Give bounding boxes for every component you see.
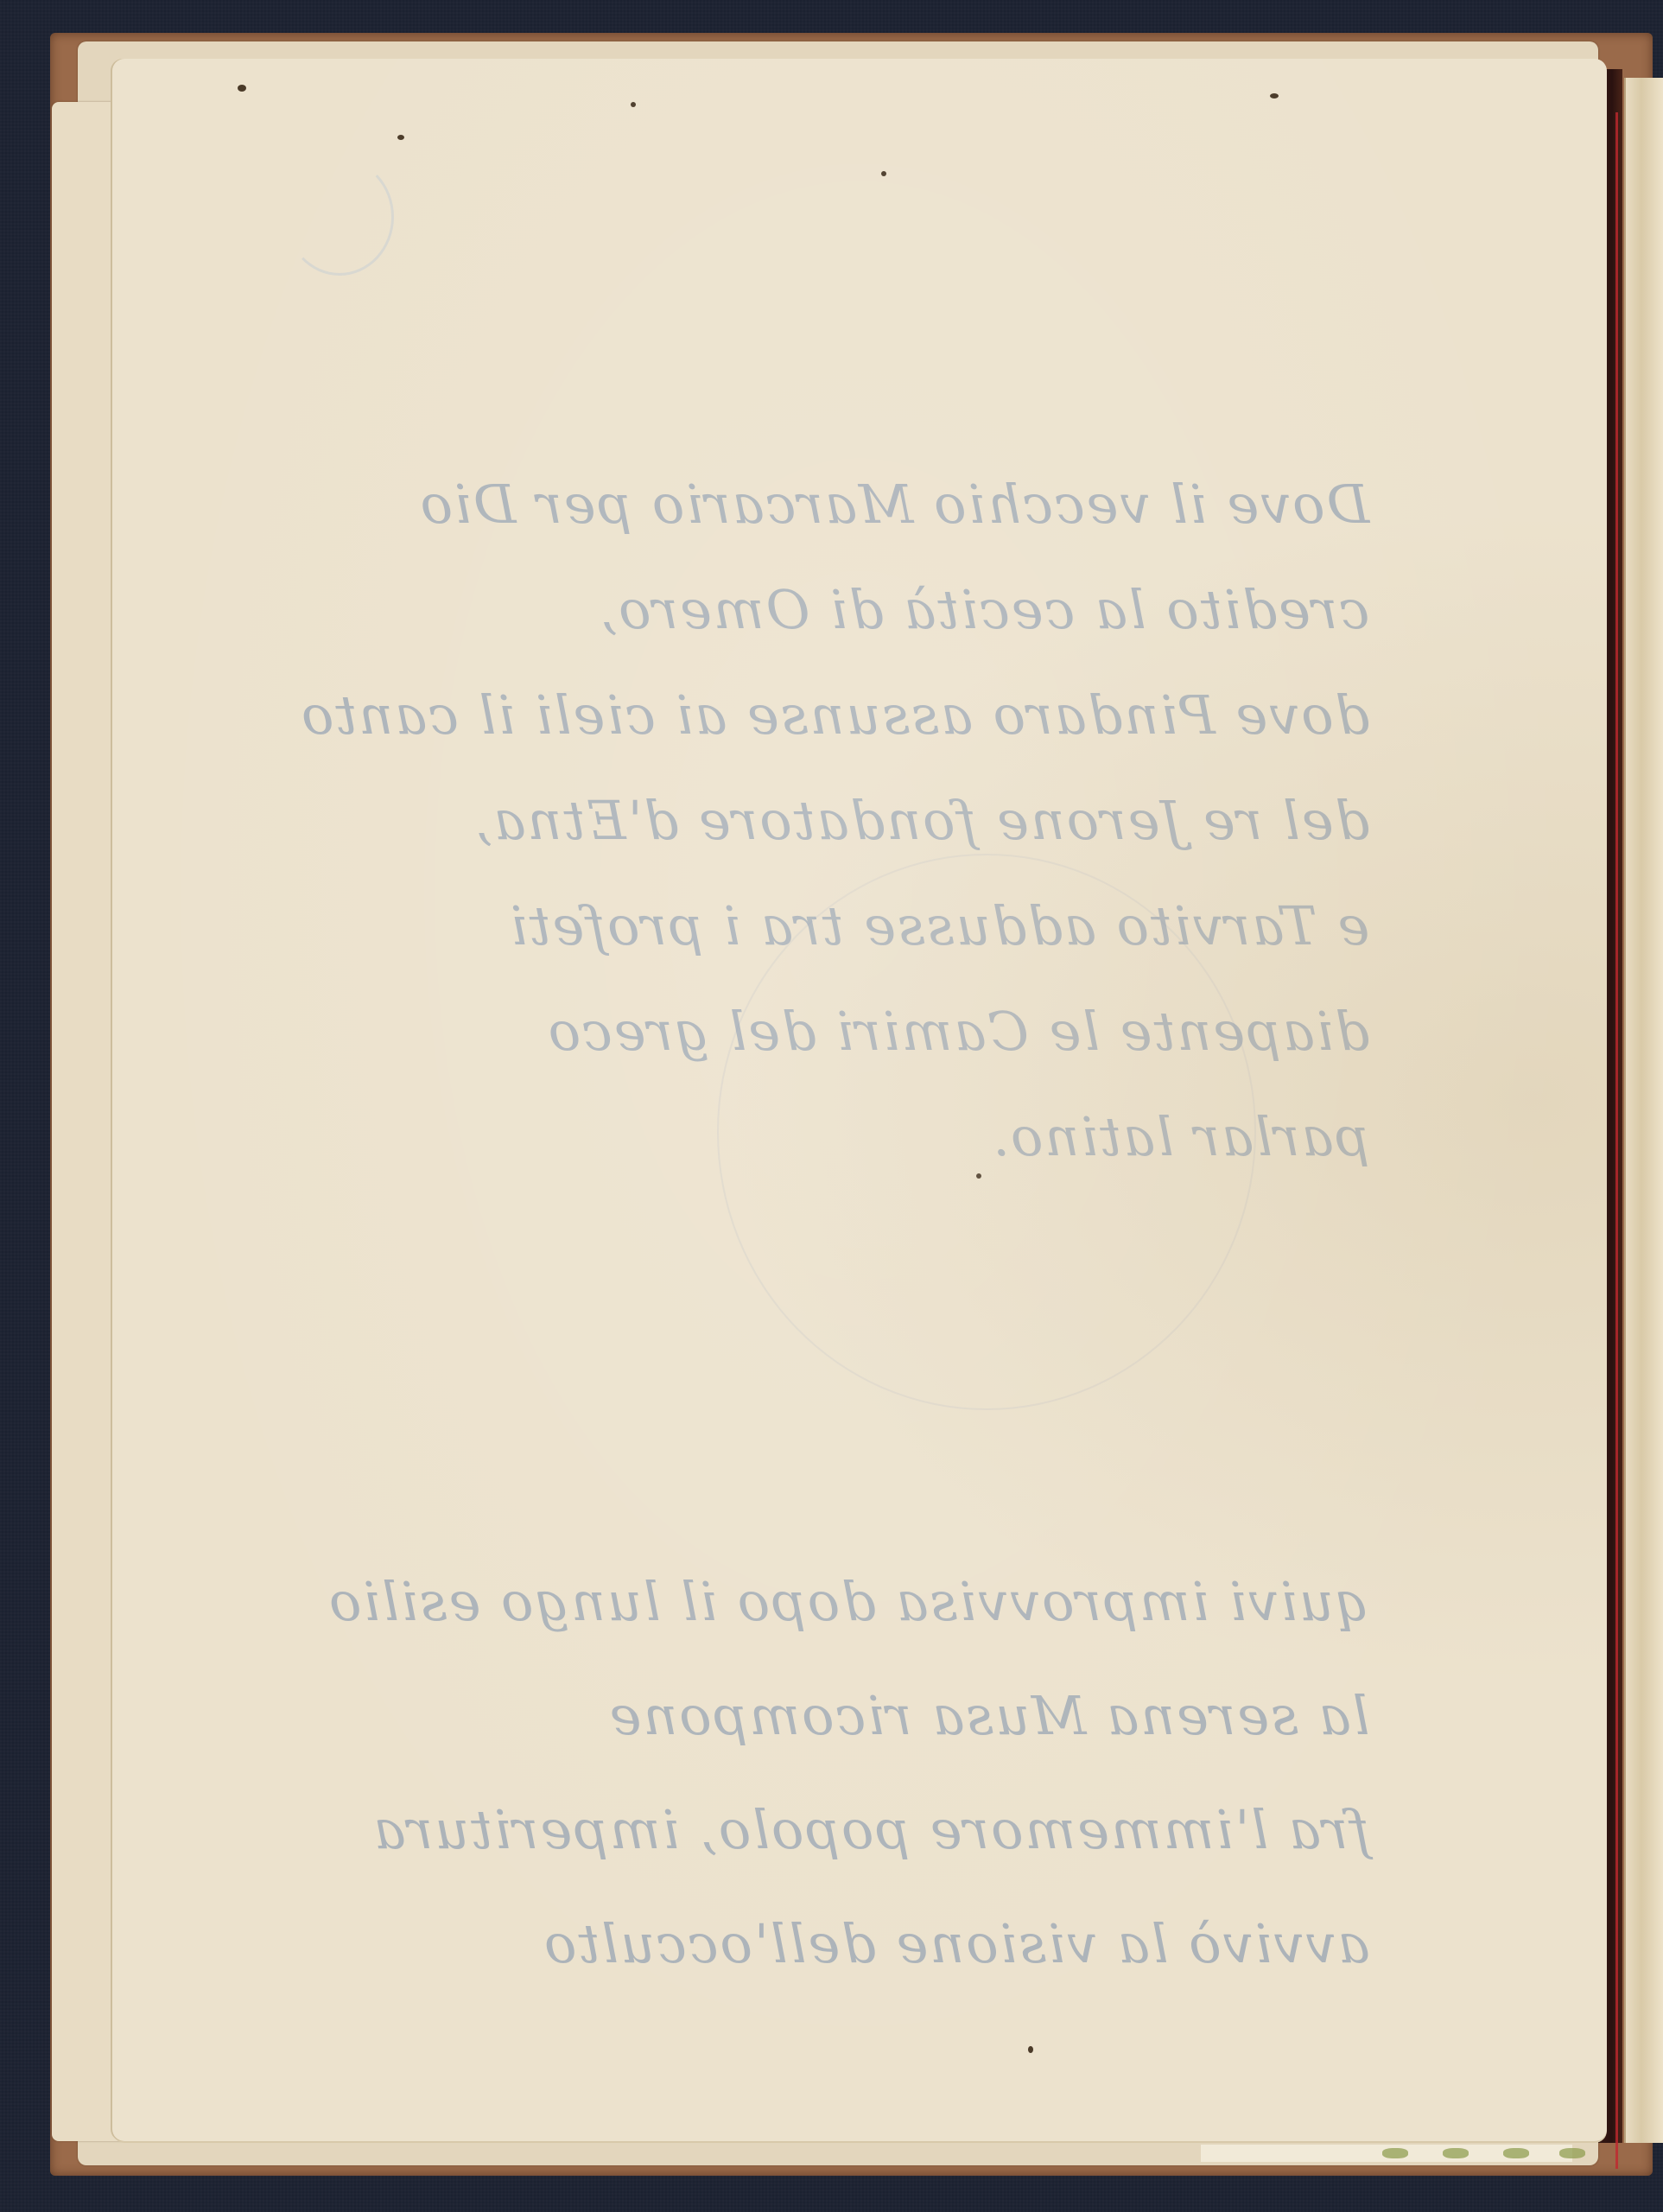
paper-speck xyxy=(631,102,636,107)
paper-speck xyxy=(238,85,246,92)
endpaper-pattern-mark xyxy=(1559,2148,1585,2158)
text-line: quivi improvvisa dopo il lungo esilio xyxy=(327,1545,1370,1659)
text-line: avvivò la visione dell'occulto xyxy=(327,1887,1370,2001)
text-line: e Tarvito addusse tra i profeti xyxy=(300,874,1369,979)
text-line: Dove il vecchio Marcario per Dio xyxy=(300,452,1369,557)
endpaper-pattern-mark xyxy=(1503,2148,1529,2158)
bleed-through-text-block-1: Dove il vecchio Marcario per Dio credito… xyxy=(300,452,1369,1190)
text-line: parlar latino. xyxy=(300,1084,1369,1190)
faint-stamp-mark xyxy=(285,158,394,276)
text-line: del re Jerone fondatore d'Etna, xyxy=(300,768,1369,874)
bleed-through-text-block-2: quivi improvvisa dopo il lungo esilio la… xyxy=(327,1545,1370,2001)
text-line: credito la cecità di Omero, xyxy=(300,557,1369,663)
text-line: la serena Musa ricompone xyxy=(327,1659,1370,1773)
paper-speck xyxy=(397,135,404,140)
text-line: fra l'immemore popolo, imperitura xyxy=(327,1773,1370,1887)
text-line: dove Pindaro assunse ai cieli il canto xyxy=(300,663,1369,768)
endpaper-pattern-mark xyxy=(1382,2148,1408,2158)
facing-page-edge xyxy=(1624,78,1663,2143)
paper-speck xyxy=(1028,2046,1033,2053)
endpaper-pattern-mark xyxy=(1443,2148,1469,2158)
paper-speck xyxy=(881,171,886,176)
paper-speck xyxy=(1270,93,1279,99)
binding-thread xyxy=(1615,112,1618,2169)
text-line: diapente le Camiri del greco xyxy=(300,979,1369,1084)
manuscript-page: Dove il vecchio Marcario per Dio credito… xyxy=(112,59,1607,2141)
